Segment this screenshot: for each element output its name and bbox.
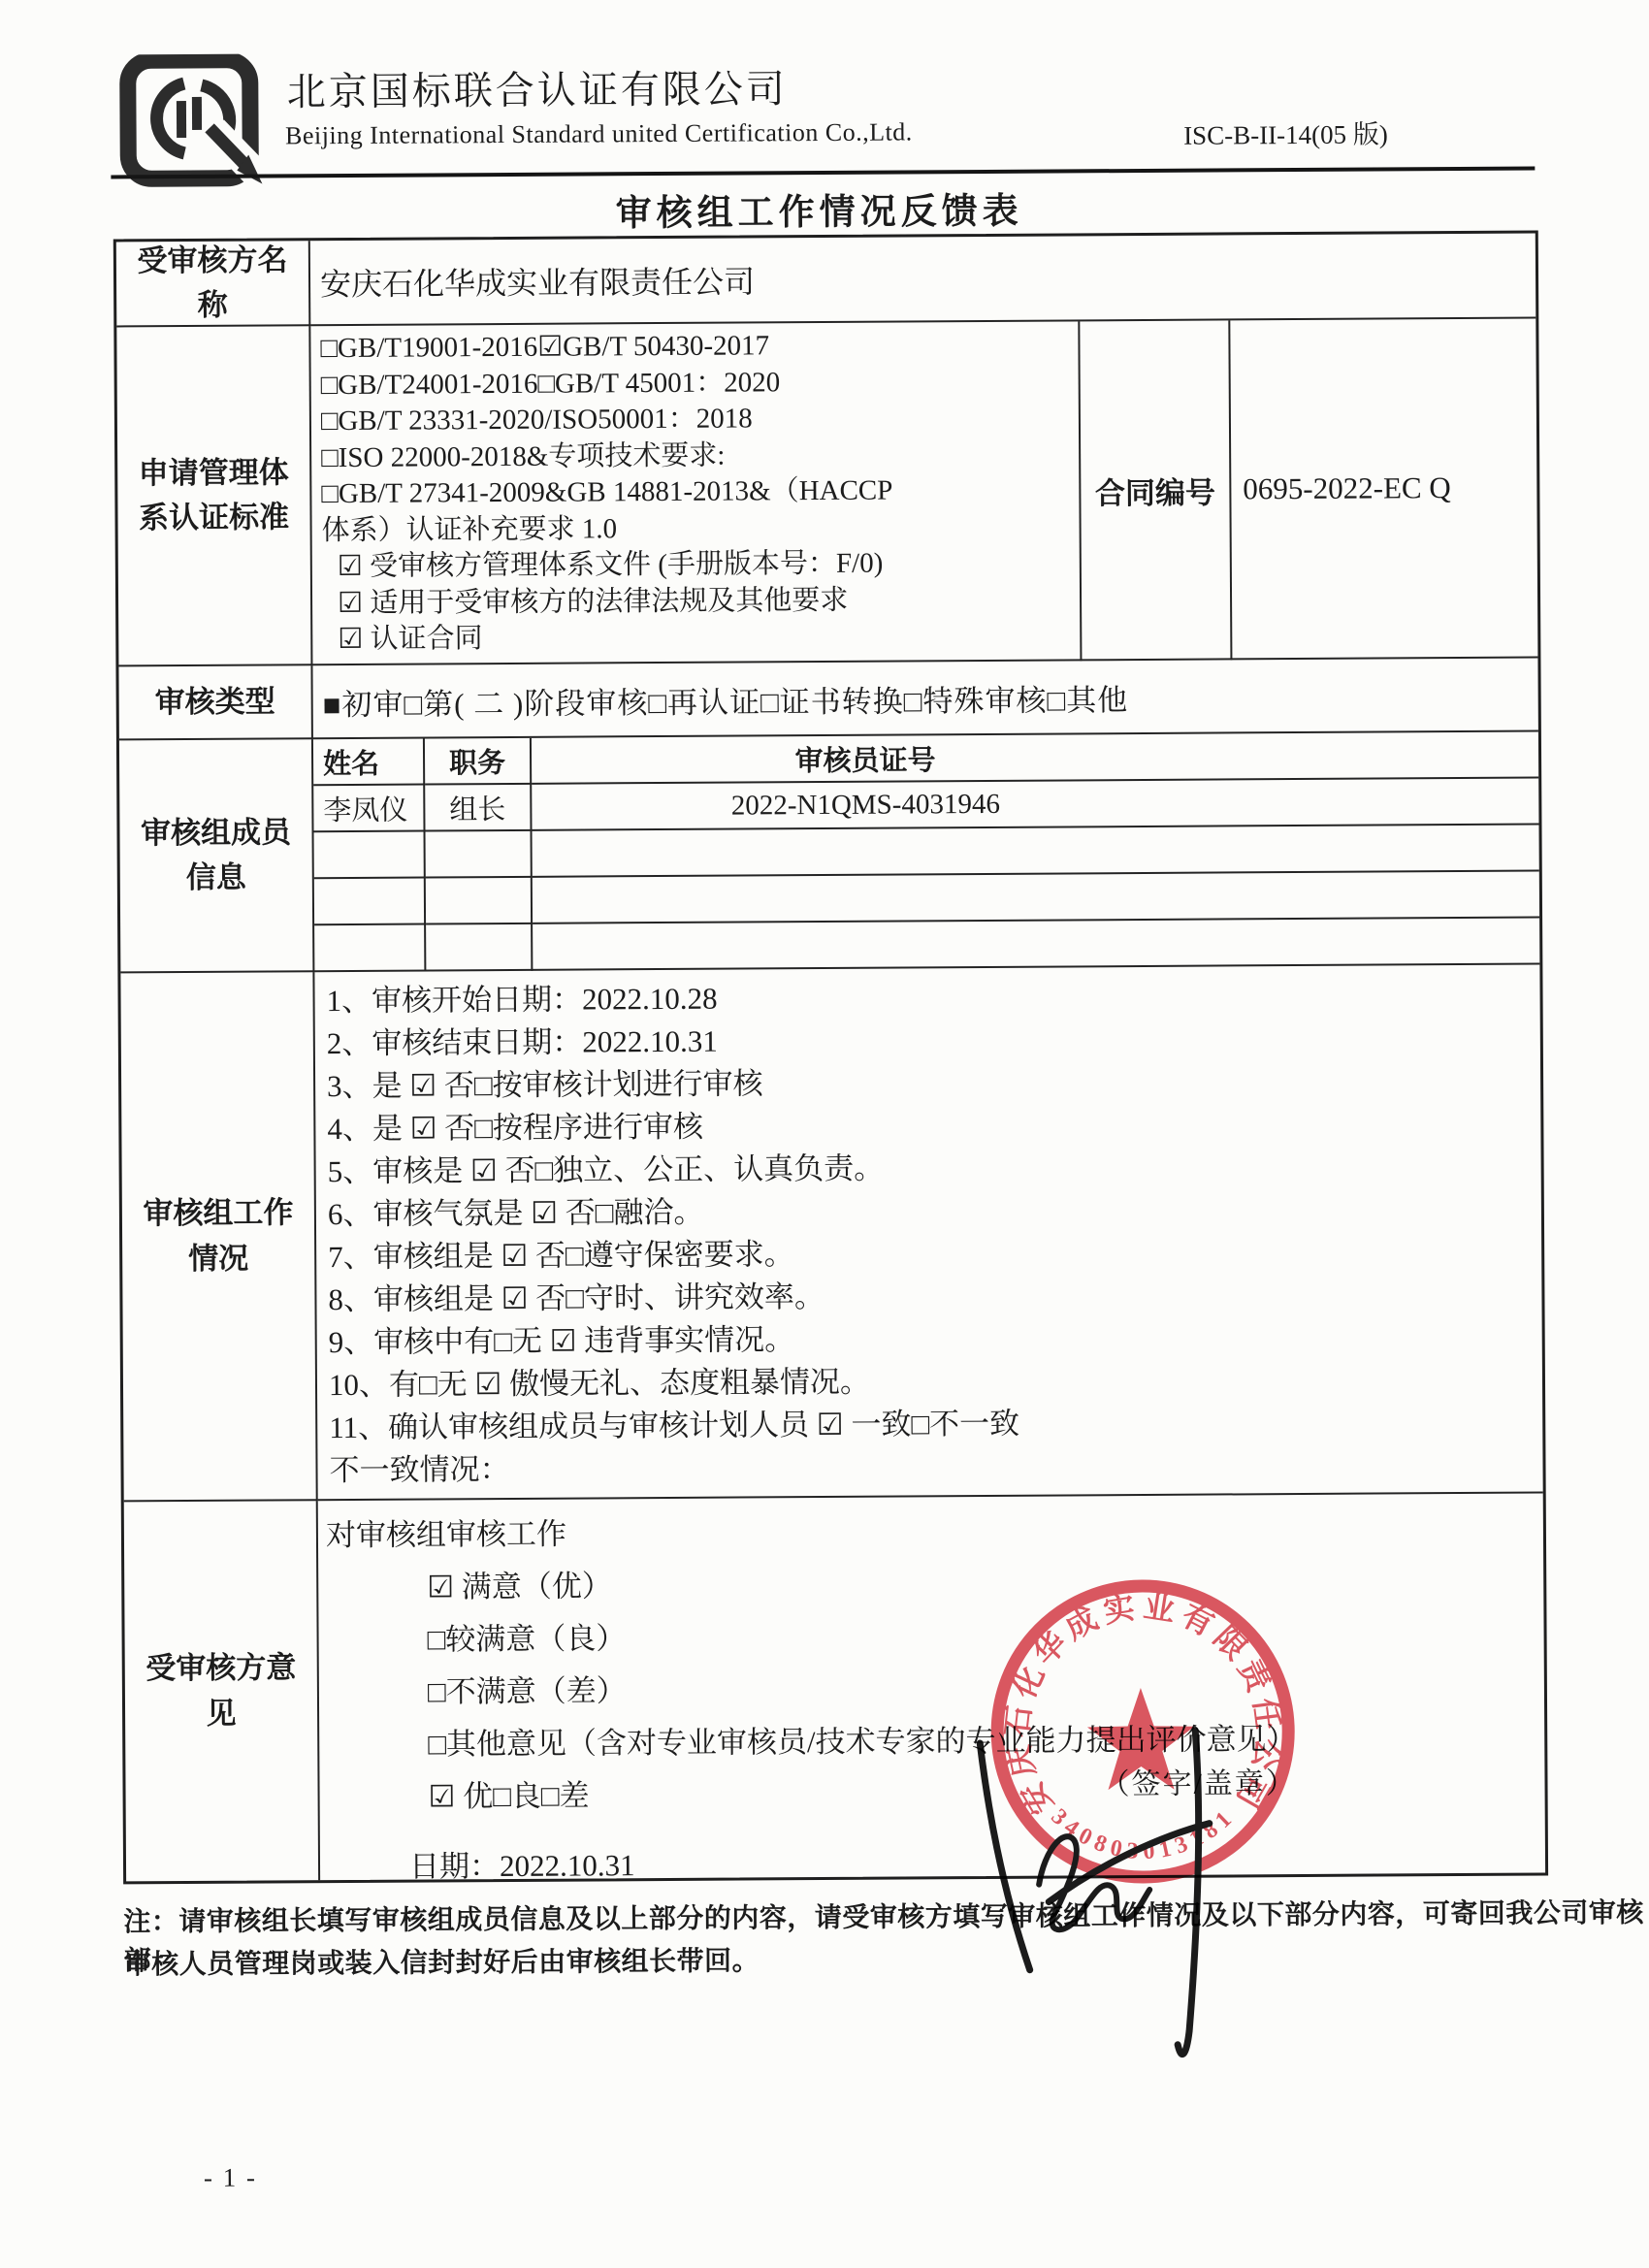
contract-number-value: 0695-2022-EC Q	[1230, 319, 1537, 661]
standard-line: □GB/T19001-2016☑GB/T 50430-2017	[320, 326, 1078, 367]
members-header-role: 职务	[425, 738, 532, 786]
members-header-name: 姓名	[313, 739, 425, 787]
members-table: 姓名 职务 审核员证号 李凤仪 组长 2022-N1QMS-4031946	[313, 731, 1539, 972]
standard-line: □GB/T 23331-2020/ISO50001：2018	[321, 399, 1079, 439]
member-cert-no	[533, 825, 1539, 877]
standards-checklist: □GB/T19001-2016☑GB/T 50430-2017 □GB/T240…	[310, 321, 1082, 665]
auditee-name-label: 受审核方名称	[116, 241, 311, 327]
work-situation-label: 审核组工作情况	[120, 972, 317, 1502]
work-item: 10、有□无 ☑ 傲慢无礼、态度粗暴情况。	[329, 1356, 1542, 1407]
member-role	[426, 924, 533, 972]
standard-line: □ISO 22000-2018&专项技术要求:	[321, 436, 1079, 476]
standard-line-checked: ☑ 受审核方管理体系文件 (手册版本号：F/0)	[322, 544, 1080, 585]
signature-stamp-hint: （签字/盖章）	[1100, 1759, 1297, 1802]
standard-line-checked: ☑ 适用于受审核方的法律法规及其他要求	[322, 581, 1080, 622]
member-name	[314, 879, 426, 926]
member-role: 组长	[425, 785, 532, 832]
opinion-option: ☑ 满意（优）	[427, 1554, 1543, 1613]
work-item: 3、是 ☑ 否□按审核计划进行审核	[327, 1057, 1540, 1108]
opinion-options: ☑ 满意（优） □较满意（良） □不满意（差） □其他意见（含对专业审核员/技术…	[427, 1554, 1545, 1823]
standards-label: 申请管理体系认证标准	[116, 326, 312, 666]
work-item: 5、审核是 ☑ 否□独立、公正、认真负责。	[328, 1143, 1541, 1193]
standard-line: □GB/T 27341-2009&GB 14881-2013&（HACCP	[321, 471, 1079, 512]
opinion-option: ☑ 优□良□差	[428, 1764, 1544, 1823]
work-item: 6、审核气氛是 ☑ 否□融洽。	[328, 1185, 1541, 1236]
form-code: ISC-B-II-14(05 版)	[1183, 113, 1388, 151]
standard-line-checked: ☑ 认证合同	[322, 617, 1080, 658]
header-divider	[111, 167, 1535, 179]
opinion-heading: 对审核组审核工作	[318, 1493, 1543, 1554]
member-cert-no	[533, 918, 1539, 970]
members-label: 审核组成员信息	[119, 739, 314, 973]
opinion-option: □其他意见（含对专业审核员/技术专家的专业能力提出评价意见）	[428, 1711, 1544, 1770]
scanned-form-page: 北京国标联合认证有限公司 Beijing International Stand…	[0, 0, 1649, 2268]
opinion-option: □不满意（差）	[428, 1659, 1544, 1718]
opinion-label: 受审核方意见	[124, 1501, 320, 1881]
audit-type-label: 审核类型	[118, 665, 312, 740]
member-cert-no	[533, 871, 1539, 923]
company-name-en: Beijing International Standard united Ce…	[285, 117, 913, 150]
work-item: 1、审核开始日期：2022.10.28	[326, 972, 1539, 1022]
work-item: 4、是 ☑ 否□按程序进行审核	[327, 1100, 1540, 1150]
opinion-date: 日期：2022.10.31	[409, 1840, 635, 1885]
member-name	[314, 925, 426, 973]
member-cert-no: 2022-N1QMS-4031946	[532, 778, 1538, 830]
work-item: 不一致情况：	[329, 1442, 1542, 1492]
scan-tilt-wrapper: 北京国标联合认证有限公司 Beijing International Stand…	[0, 0, 1649, 2268]
work-item: 8、审核组是 ☑ 否□守时、讲究效率。	[328, 1271, 1541, 1321]
footer-note-line2: 审核人员管理岗或装入信封封好后由审核组长带回。	[124, 1939, 760, 1982]
page-number: - 1 -	[204, 2163, 257, 2193]
work-item: 9、审核中有□无 ☑ 违背事实情况。	[329, 1313, 1542, 1364]
auditee-name-value: 安庆石化华成实业有限责任公司	[310, 234, 1536, 327]
member-name: 李凤仪	[313, 786, 425, 833]
work-item: 11、确认审核组成员与审核计划人员 ☑ 一致□不一致	[329, 1399, 1542, 1449]
contract-number-label: 合同编号	[1080, 320, 1232, 661]
audit-type-value: ■初审□第( 二 )阶段审核□再认证□证书转换□特殊审核□其他	[312, 658, 1537, 739]
member-role	[426, 831, 533, 879]
feedback-form-table: 受审核方名称 安庆石化华成实业有限责任公司 申请管理体系认证标准 □GB/T19…	[113, 230, 1548, 1884]
work-situation-items: 1、审核开始日期：2022.10.28 2、审核结束日期：2022.10.31 …	[314, 964, 1542, 1501]
member-role	[426, 878, 533, 925]
work-item: 2、审核结束日期：2022.10.31	[327, 1015, 1540, 1065]
members-header-cert: 审核员证号	[532, 731, 1538, 784]
work-item: 7、审核组是 ☑ 否□遵守保密要求。	[328, 1228, 1541, 1279]
opinion-content: 对审核组审核工作 ☑ 满意（优） □较满意（良） □不满意（差） □其他意见（含…	[318, 1493, 1545, 1880]
company-name-cn: 北京国标联合认证有限公司	[287, 58, 788, 116]
standard-line: □GB/T24001-2016□GB/T 45001：2020	[321, 363, 1079, 404]
standard-line: 体系）认证补充要求 1.0	[322, 508, 1080, 549]
member-name	[314, 832, 426, 880]
opinion-option: □较满意（良）	[427, 1606, 1543, 1666]
